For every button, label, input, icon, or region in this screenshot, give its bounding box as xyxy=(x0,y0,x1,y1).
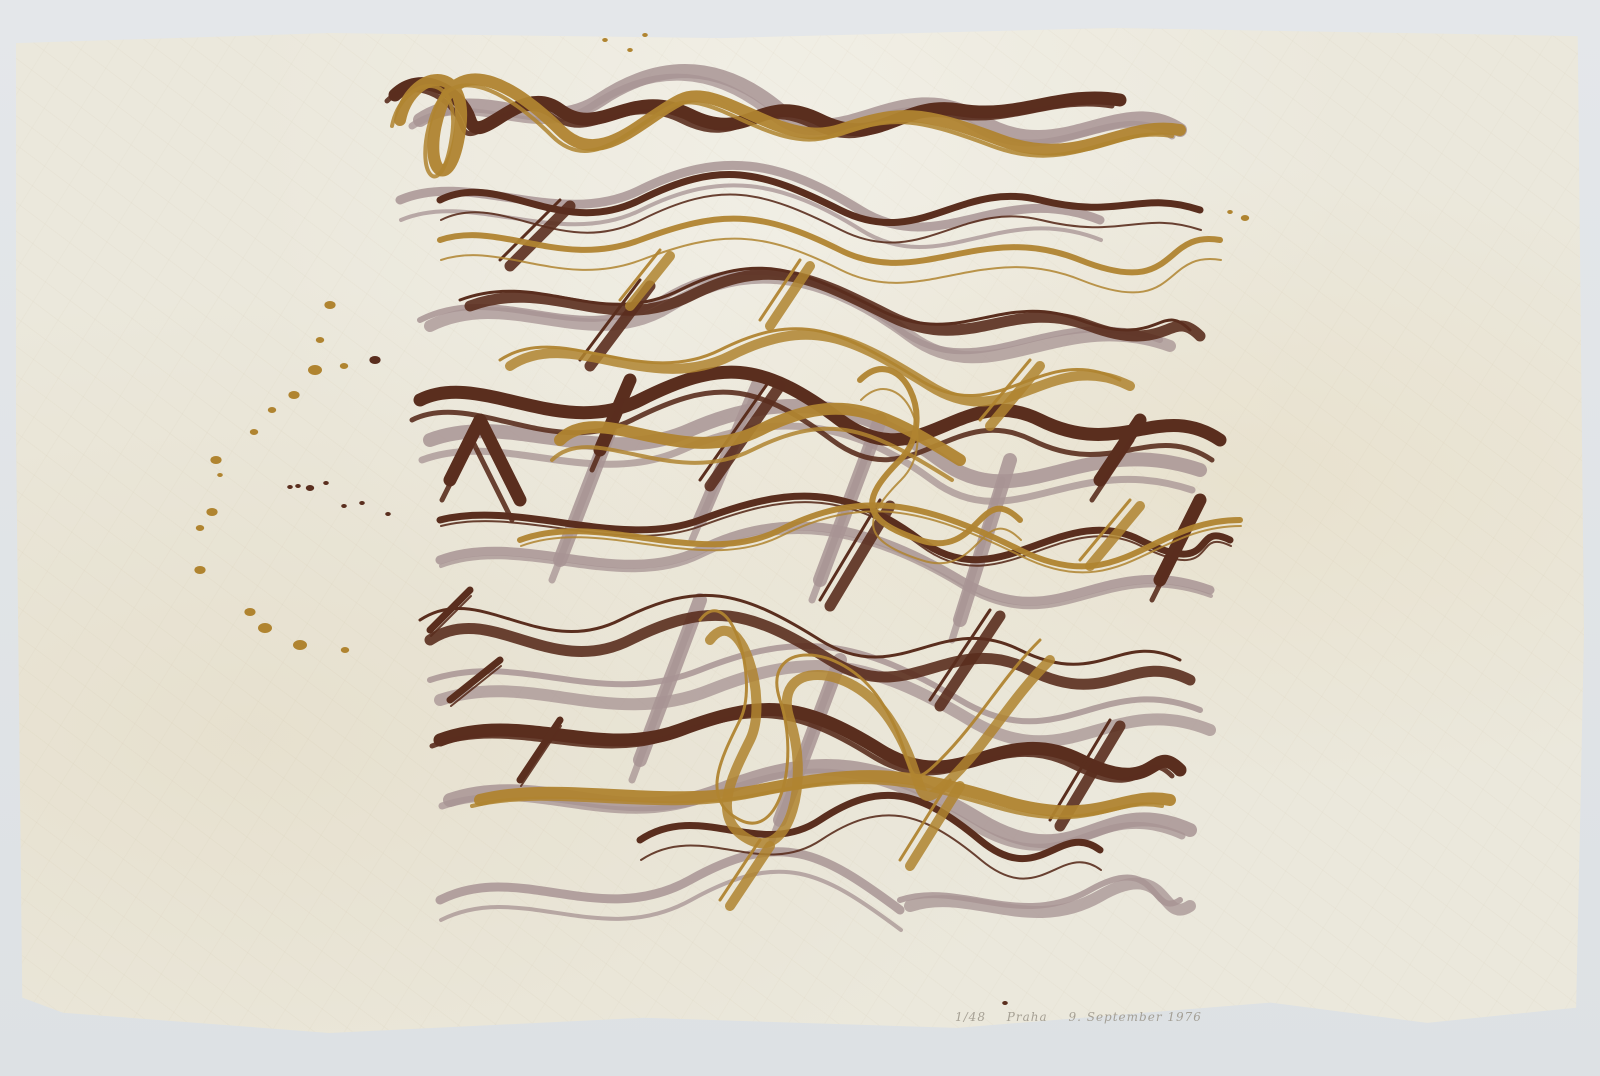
mauve-stroke xyxy=(430,406,1200,481)
ink-splatter-dot xyxy=(206,508,217,516)
ink-splatter-dot xyxy=(250,429,258,435)
ink-splatter-dot xyxy=(369,356,380,364)
ink-splatter-dot xyxy=(316,337,324,343)
ink-splatter-dot xyxy=(1241,215,1249,221)
ink-splatter-dot xyxy=(306,485,314,491)
ink-splatter-dot xyxy=(1002,1001,1008,1005)
ink-splatter-dot xyxy=(340,363,348,369)
ink-splatter-dot xyxy=(287,485,293,489)
ink-splatter-dot xyxy=(324,301,335,309)
ink-splatter-dot xyxy=(1227,210,1233,214)
mauve-stroke-echo xyxy=(910,883,1190,912)
inscription-date: 9. September 1976 xyxy=(1068,1010,1201,1024)
ink-splatter-dot xyxy=(293,640,307,650)
ink-splatter-dot xyxy=(323,481,329,485)
ink-splatter-dot xyxy=(359,501,365,505)
ink-splatter-dot xyxy=(210,456,221,464)
brown-stroke xyxy=(420,595,1180,664)
mauve-stroke xyxy=(440,852,900,910)
pencil-inscription: 1/48 Praha 9. September 1976 xyxy=(955,1010,1218,1024)
gold-stroke xyxy=(400,79,1180,170)
ink-splatter-dot xyxy=(217,473,223,477)
ink-splatter-dot xyxy=(602,38,608,42)
ink-splatter-dot xyxy=(308,365,322,375)
ink-splatter-dot xyxy=(385,512,391,516)
ink-splatter-dot xyxy=(341,504,347,508)
brown-stroke xyxy=(500,200,1110,820)
calligraphic-artwork xyxy=(0,0,1600,1076)
ink-splatter-dot xyxy=(642,33,648,37)
ink-splatter-dot xyxy=(194,566,205,574)
ink-splatter-dot xyxy=(627,48,633,52)
ink-splatter-dot xyxy=(288,391,299,399)
ink-splatter-dot xyxy=(196,525,204,531)
mauve-stroke-echo xyxy=(441,872,901,930)
ink-splatter-dot xyxy=(258,623,272,633)
ink-splatter-dot xyxy=(341,647,349,653)
ink-splatter-dot xyxy=(295,484,301,488)
ink-splatter-dot xyxy=(268,407,276,413)
edition-number: 1/48 xyxy=(955,1010,986,1024)
ink-splatter-dot xyxy=(244,608,255,616)
inscription-place: Praha xyxy=(1007,1010,1048,1024)
